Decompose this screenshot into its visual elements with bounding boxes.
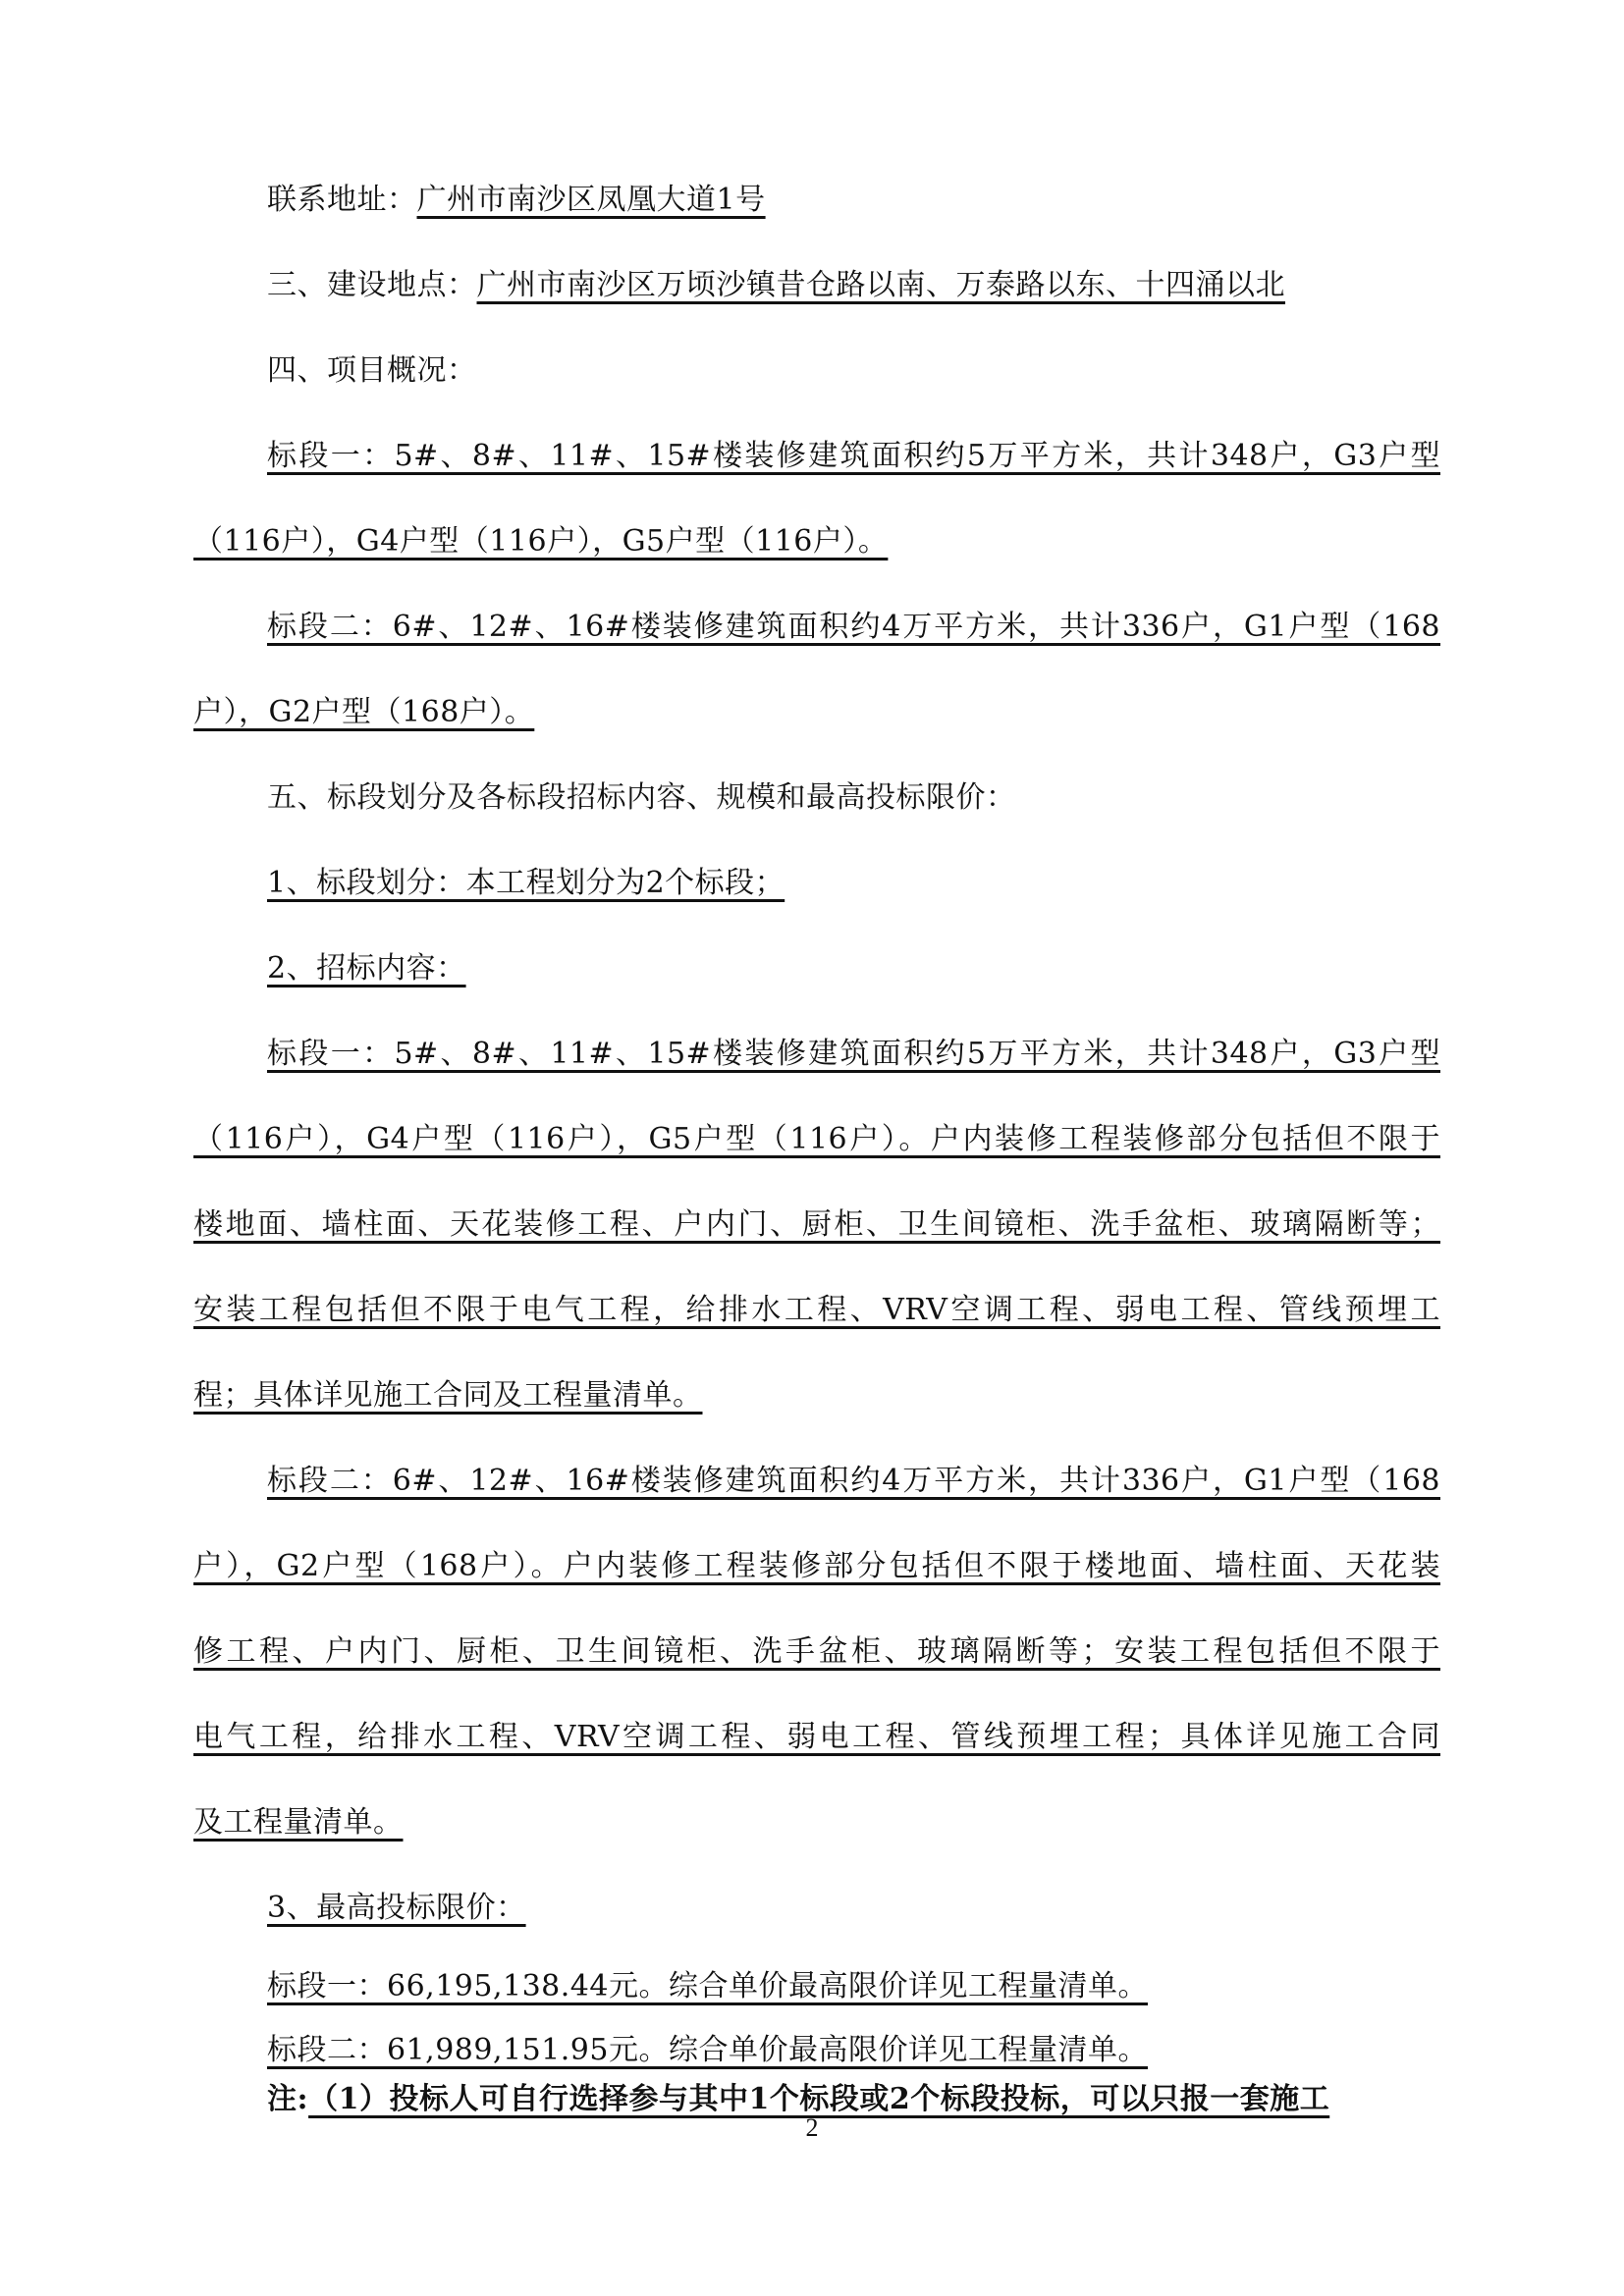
scope-lot2-line: 及工程量清单。	[193, 1803, 1440, 1842]
note-line: 注:（1）投标人可自行选择参与其中1个标段或2个标段投标，可以只报一套施工	[267, 2080, 1440, 2119]
overview-lot2-line1: 标段二：6#、12#、16#楼装修建筑面积约4万平方米，共计336户，G1户型（…	[267, 608, 1440, 647]
scope-lot1-line: 安装工程包括但不限于电气工程，给排水工程、VRV空调工程、弱电工程、管线预埋工	[193, 1291, 1440, 1330]
overview-lot2-line2: 户），G2户型（168户）。	[193, 693, 1440, 732]
scope-lot1-line: （116户），G4户型（116户），G5户型（116户）。户内装修工程装修部分包…	[193, 1120, 1440, 1159]
section4-heading: 四、项目概况：	[267, 351, 1440, 391]
scope-lot1-line: 楼地面、墙柱面、天花装修工程、户内门、厨柜、卫生间镜柜、洗手盆柜、玻璃隔断等；	[193, 1205, 1440, 1245]
item2-tender-content: 2、招标内容：	[267, 949, 1440, 988]
section3-label: 三、建设地点：	[267, 268, 477, 302]
scope-lot1-line: 标段一：5#、8#、11#、15#楼装修建筑面积约5万平方米，共计348户，G3…	[267, 1035, 1440, 1074]
contact-address-label: 联系地址：	[267, 183, 417, 217]
document-page: 联系地址：广州市南沙区凤凰大道1号 三、建设地点：广州市南沙区万顷沙镇昔仓路以南…	[0, 0, 1624, 2296]
scope-lot1-line: 程；具体详见施工合同及工程量清单。	[193, 1376, 1440, 1415]
item1-lot-division: 1、标段划分：本工程划分为2个标段；	[267, 864, 1440, 903]
section5-heading: 五、标段划分及各标段招标内容、规模和最高投标限价：	[267, 778, 1440, 818]
scope-lot2-line: 修工程、户内门、厨柜、卫生间镜柜、洗手盆柜、玻璃隔断等；安装工程包括但不限于	[193, 1632, 1440, 1672]
scope-lot2-line: 户），G2户型（168户）。户内装修工程装修部分包括但不限于楼地面、墙柱面、天花…	[193, 1547, 1440, 1586]
note-text: （1）投标人可自行选择参与其中1个标段或2个标段投标，可以只报一套施工	[308, 2082, 1329, 2116]
section3-value: 广州市南沙区万顷沙镇昔仓路以南、万泰路以东、十四涌以北	[477, 268, 1286, 302]
section3-line: 三、建设地点：广州市南沙区万顷沙镇昔仓路以南、万泰路以东、十四涌以北	[267, 266, 1440, 305]
scope-lot2-line: 标段二：6#、12#、16#楼装修建筑面积约4万平方米，共计336户，G1户型（…	[267, 1462, 1440, 1501]
scope-lot2-line: 电气工程，给排水工程、VRV空调工程、弱电工程、管线预埋工程；具体详见施工合同	[193, 1718, 1440, 1757]
contact-address-line: 联系地址：广州市南沙区凤凰大道1号	[267, 181, 1440, 220]
page-number: 2	[802, 2113, 822, 2143]
overview-lot1-line2: （116户），G4户型（116户），G5户型（116户）。	[193, 522, 1440, 561]
note-label: 注:	[267, 2082, 308, 2116]
item3-max-price: 3、最高投标限价：	[267, 1889, 1440, 1928]
price-lot1: 标段一：66,195,138.44元。综合单价最高限价详见工程量清单。	[267, 1967, 1440, 2006]
contact-address-value: 广州市南沙区凤凰大道1号	[417, 183, 766, 217]
price-lot2: 标段二：61,989,151.95元。综合单价最高限价详见工程量清单。	[267, 2031, 1440, 2070]
overview-lot1-line1: 标段一：5#、8#、11#、15#楼装修建筑面积约5万平方米，共计348户，G3…	[267, 437, 1440, 476]
